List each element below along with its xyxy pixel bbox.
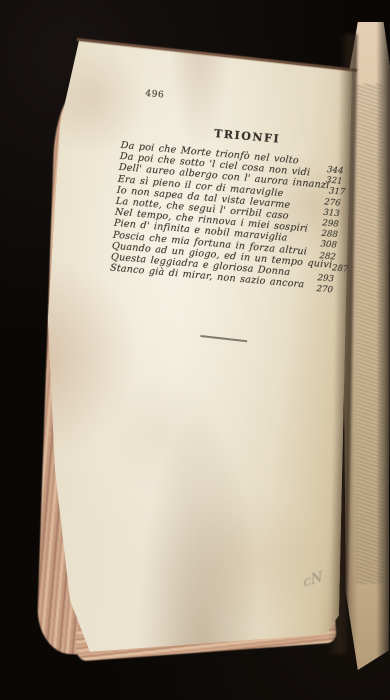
index-page-ref: 276	[324, 197, 341, 208]
index-page-ref: 298	[322, 218, 339, 229]
index-page-ref: 308	[320, 240, 337, 251]
index-page-ref: 313	[323, 208, 340, 219]
photo-background: { "page": { "folio_number": "496", "sect…	[0, 0, 390, 700]
index-page-ref: 344	[327, 165, 344, 176]
index-page-ref: 287	[332, 263, 349, 274]
index-page-ref: 270	[316, 284, 333, 295]
index-page-ref: 293	[317, 273, 334, 284]
index-page-ref: 317	[328, 187, 345, 198]
index-page-ref: 282	[319, 251, 336, 262]
index-page-ref: 321	[326, 176, 343, 187]
index-page-ref: 288	[321, 229, 338, 240]
first-line-index: Da poi che Morte trionfò nel volto 344 D…	[110, 140, 345, 293]
section-title: TRIONFI	[214, 127, 349, 152]
facing-page-blurred-text	[356, 84, 383, 584]
printed-content: 496 TRIONFI Da poi che Morte trionfò nel…	[69, 84, 351, 349]
